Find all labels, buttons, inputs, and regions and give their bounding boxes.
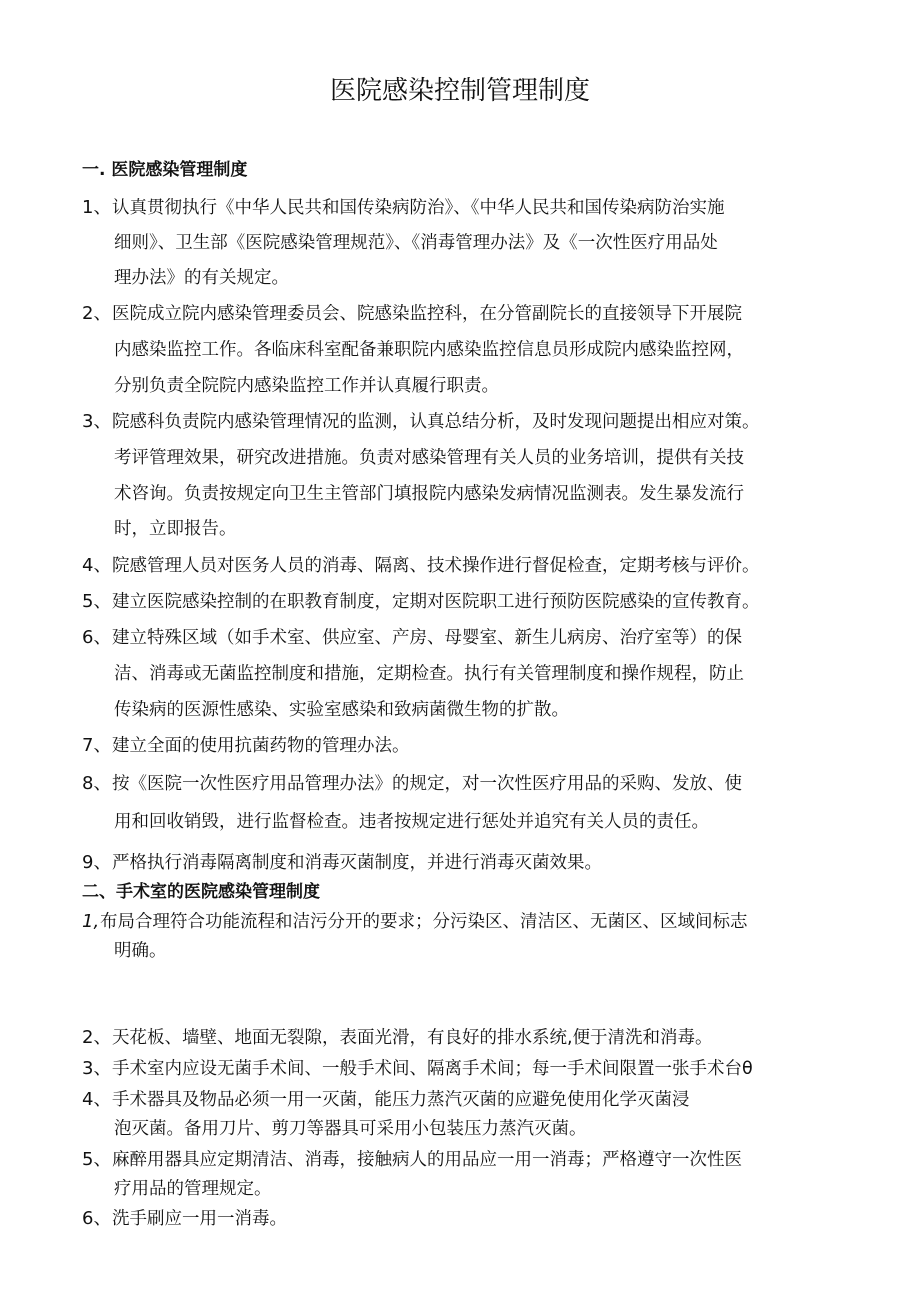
item-text-line: 泡灭菌。备用刀片、剪刀等器具可采用小包装压力蒸汽灭菌。 xyxy=(114,1117,587,1141)
item-text-line: 分别负责全院院内感染监控工作并认真履行职责。 xyxy=(114,374,499,398)
item-text-line: 疗用品的管理规定。 xyxy=(114,1177,272,1201)
item-text-line: 术咨询。负责按规定向卫生主管部门填报院内感染发病情况监测表。发生暴发流行 xyxy=(114,482,744,506)
item-text-line: 洗手刷应一用一消毒。 xyxy=(112,1207,287,1231)
item-number: 5、 xyxy=(82,590,111,614)
item-text-line: 手术室内应设无菌手术间、一般手术间、隔离手术间；每一手术间限置一张手术台θ xyxy=(112,1057,753,1081)
item-number: 6、 xyxy=(82,626,111,650)
item-text-line: 洁、消毒或无菌监控制度和措施，定期检查。执行有关管理制度和操作规程，防止 xyxy=(114,662,744,686)
item-number: 2、 xyxy=(82,1026,111,1050)
item-number: 1、 xyxy=(82,196,111,220)
item-number: 7、 xyxy=(82,734,111,758)
item-text-line: 按《医院一次性医疗用品管理办法》的规定，对一次性医疗用品的采购、发放、使 xyxy=(112,772,742,796)
item-number: 2、 xyxy=(82,302,111,326)
item-text-line: 天花板、墙壁、地面无裂隙，表面光滑，有良好的排水系统,便于清洗和消毒。 xyxy=(112,1026,713,1050)
item-text-line: 布局合理符合功能流程和洁污分开的要求；分污染区、清洁区、无菌区、区域间标志 xyxy=(100,910,748,934)
item-text-line: 细则》、卫生部《医院感染管理规范》、《消毒管理办法》及《一次性医疗用品处 xyxy=(114,231,718,255)
item-text-line: 医院成立院内感染管理委员会、院感染监控科，在分管副院长的直接领导下开展院 xyxy=(112,302,742,326)
item-text-line: 传染病的医源性感染、实验室感染和致病菌微生物的扩散。 xyxy=(114,698,569,722)
item-text-line: 认真贯彻执行《中华人民共和国传染病防治》、《中华人民共和国传染病防治实施 xyxy=(112,196,725,220)
item-text-line: 明确。 xyxy=(114,939,167,963)
item-text-line: 考评管理效果，研究改进措施。负责对感染管理有关人员的业务培训，提供有关技 xyxy=(114,446,744,470)
item-number: 9、 xyxy=(82,851,111,875)
item-number: 1, xyxy=(82,910,99,934)
item-number: 4、 xyxy=(82,1088,111,1112)
item-text-line: 建立全面的使用抗菌药物的管理办法。 xyxy=(112,734,410,758)
item-text-line: 院感科负责院内感染管理情况的监测，认真总结分析，及时发现问题提出相应对策。 xyxy=(112,410,760,434)
item-text-line: 时，立即报告。 xyxy=(114,517,237,541)
item-number: 8、 xyxy=(82,772,111,796)
item-number: 4、 xyxy=(82,554,111,578)
item-number: 6、 xyxy=(82,1207,111,1231)
item-text-line: 麻醉用器具应定期清洁、消毒，接触病人的用品应一用一消毒；严格遵守一次性医 xyxy=(112,1148,742,1172)
item-text-line: 院感管理人员对医务人员的消毒、隔离、技术操作进行督促检查，定期考核与评价。 xyxy=(112,554,760,578)
item-text-line: 内感染监控工作。各临床科室配备兼职院内感染监控信息员形成院内感染监控网， xyxy=(114,338,744,362)
item-text-line: 用和回收销毁，进行监督检查。违者按规定进行惩处并追究有关人员的责任。 xyxy=(114,810,709,834)
document-title: 医院感染控制管理制度 xyxy=(0,74,920,108)
item-text-line: 理办法》的有关规定。 xyxy=(114,266,289,290)
item-text-line: 手术器具及物品必须一用一灭菌，能压力蒸汽灭菌的应避免使用化学灭菌浸 xyxy=(112,1088,690,1112)
item-number: 5、 xyxy=(82,1148,111,1172)
item-text-line: 建立特殊区域（如手术室、供应室、产房、母婴室、新生儿病房、治疗室等）的保 xyxy=(112,626,742,650)
item-number: 3、 xyxy=(82,410,111,434)
item-text-line: 建立医院感染控制的在职教育制度，定期对医院职工进行预防医院感染的宣传教育。 xyxy=(112,590,760,614)
section-heading-1: 一. 医院感染管理制度 xyxy=(82,158,247,182)
item-number: 3、 xyxy=(82,1057,111,1081)
item-text-line: 严格执行消毒隔离制度和消毒灭菌制度，并进行消毒灭菌效果。 xyxy=(112,851,602,875)
section-heading-2: 二、手术室的医院感染管理制度 xyxy=(82,880,320,904)
